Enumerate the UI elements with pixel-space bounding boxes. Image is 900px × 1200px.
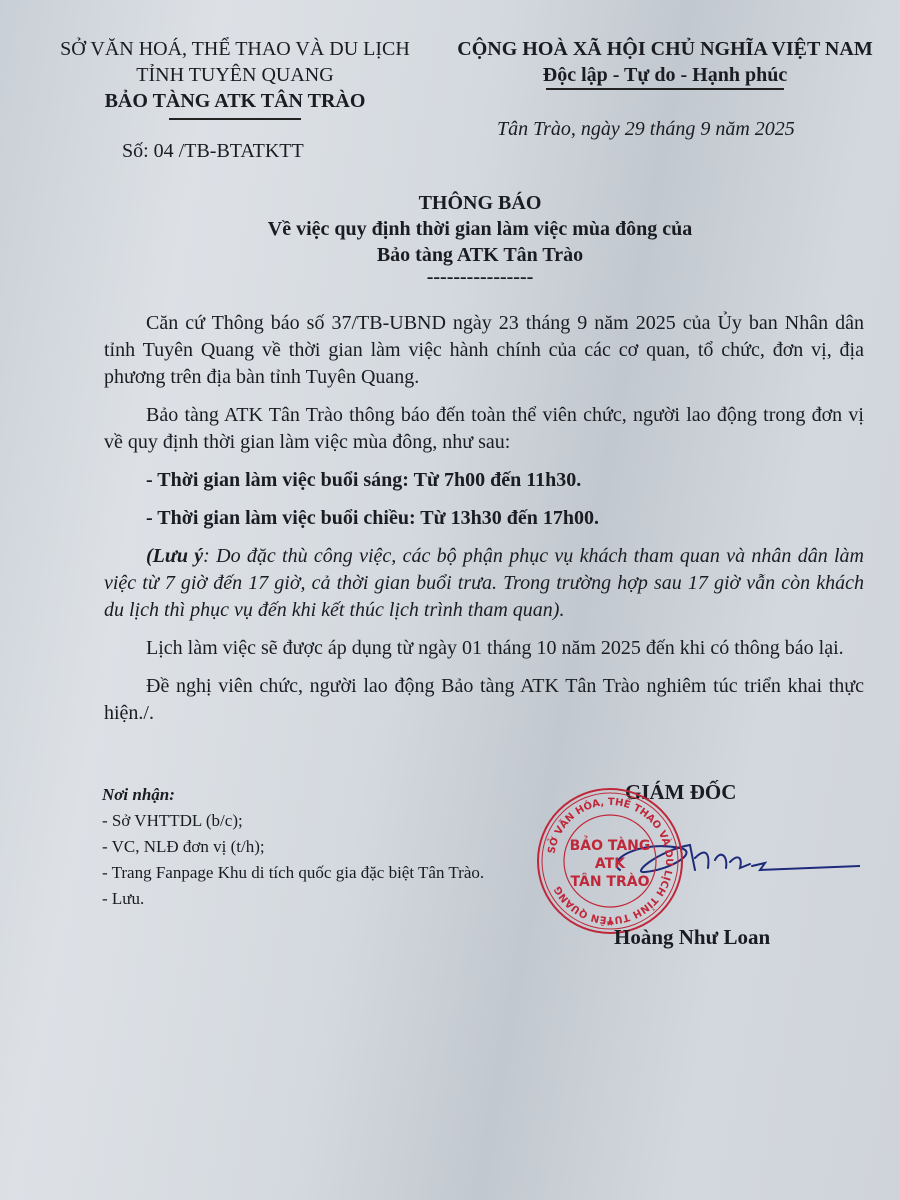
motto-underline: [546, 88, 784, 90]
document-number: Số: 04 /TB-BTATKTT: [122, 140, 304, 163]
signer-name: Hoàng Như Loan: [614, 925, 770, 950]
national-motto: Độc lập - Tự do - Hạnh phúc: [430, 62, 900, 88]
place-date: Tân Trào, ngày 29 tháng 9 năm 2025: [497, 118, 795, 141]
document-page: SỞ VĂN HOÁ, THỂ THAO VÀ DU LỊCH TỈNH TUY…: [0, 0, 900, 1200]
agency-line-2: TỈNH TUYÊN QUANG: [20, 62, 450, 88]
notice-subject-line-2: Bảo tàng ATK Tân Trào: [200, 242, 760, 268]
recipients-label: Nơi nhận:: [102, 782, 484, 808]
official-seal: SỞ VĂN HÓA, THỂ THAO VÀ DU LỊCH TỈNH TUY…: [535, 786, 685, 936]
recipients-block: Nơi nhận: - Sở VHTTDL (b/c); - VC, NLĐ đ…: [102, 782, 484, 912]
schedule-morning: - Thời gian làm việc buổi sáng: Từ 7h00 …: [104, 467, 864, 494]
national-header: CỘNG HOÀ XÃ HỘI CHỦ NGHĨA VIỆT NAM Độc l…: [430, 36, 900, 90]
agency-name: BẢO TÀNG ATK TÂN TRÀO: [20, 88, 450, 114]
nation-name: CỘNG HOÀ XÃ HỘI CHỦ NGHĨA VIỆT NAM: [430, 36, 900, 62]
recipient-item: - VC, NLĐ đơn vị (t/h);: [102, 834, 484, 860]
recipient-item: - Sở VHTTDL (b/c);: [102, 808, 484, 834]
agency-header: SỞ VĂN HOÁ, THỂ THAO VÀ DU LỊCH TỈNH TUY…: [20, 36, 450, 120]
seal-center-line-2: ATK: [595, 856, 626, 872]
agency-underline: [169, 118, 301, 120]
title-separator: ----------------: [200, 268, 760, 286]
body-paragraph-effective: Lịch làm việc sẽ được áp dụng từ ngày 01…: [104, 635, 864, 662]
body-paragraph-basis: Căn cứ Thông báo số 37/TB-UBND ngày 23 t…: [104, 310, 864, 391]
notice-title-block: THÔNG BÁO Về việc quy định thời gian làm…: [200, 190, 760, 286]
seal-center-line-3: TÂN TRÀO: [571, 873, 650, 890]
body-paragraph-request: Đề nghị viên chức, người lao động Bảo tà…: [104, 673, 864, 727]
agency-line-1: SỞ VĂN HOÁ, THỂ THAO VÀ DU LỊCH: [20, 36, 450, 62]
notice-heading: THÔNG BÁO: [200, 190, 760, 216]
note-text: : Do đặc thù công việc, các bộ phận phục…: [104, 545, 864, 621]
notice-subject-line-1: Về việc quy định thời gian làm việc mùa …: [200, 216, 760, 242]
recipient-item: - Lưu.: [102, 886, 484, 912]
body-paragraph-announcement: Bảo tàng ATK Tân Trào thông báo đến toàn…: [104, 402, 864, 456]
note-label: (Lưu ý: [146, 545, 203, 567]
recipient-item: - Trang Fanpage Khu di tích quốc gia đặc…: [102, 860, 484, 886]
body-note: (Lưu ý: Do đặc thù công việc, các bộ phậ…: [104, 543, 864, 624]
seal-center-line-1: BẢO TÀNG: [570, 835, 651, 854]
notice-body: Căn cứ Thông báo số 37/TB-UBND ngày 23 t…: [104, 310, 864, 738]
schedule-afternoon: - Thời gian làm việc buổi chiều: Từ 13h3…: [104, 505, 864, 532]
